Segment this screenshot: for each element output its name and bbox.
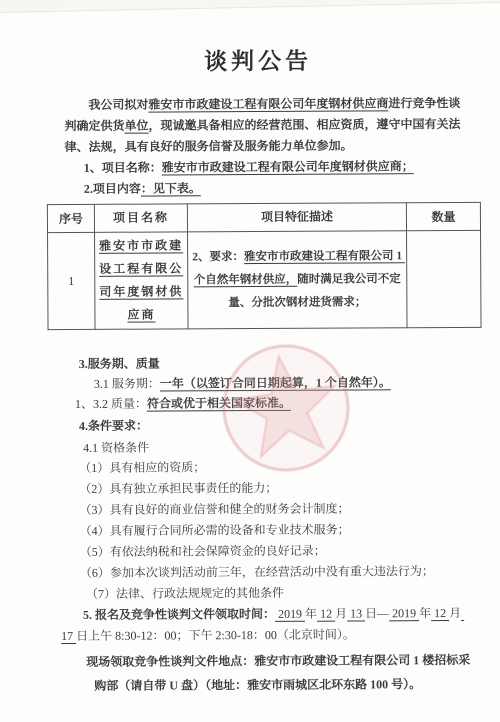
registration-sep-3: 日—	[365, 606, 389, 620]
header-cell-qty: 数量	[406, 202, 480, 230]
registration-month-start: 12	[317, 607, 335, 621]
condition-item-5: （5）有依法纳税和社会保障资金的良好记录；	[80, 540, 473, 562]
registration-sep-4: 年	[419, 606, 431, 620]
condition-item-4: （4）具有履行合同所必需的设备和专业技术服务；	[80, 519, 473, 541]
cell-qty	[407, 230, 482, 327]
pickup-location-paragraph: 现场领取竞争性谈判文件地点：雅安市市政建设工程有限公司 1 楼招标采购部（请自带…	[94, 648, 473, 698]
project-table: 序号 项目名称 项目特征描述 数量 1 雅安市市政建设工程有限公司年度钢材供应商…	[47, 202, 482, 330]
table-header-row: 序号 项目名称 项目特征描述 数量	[47, 202, 480, 232]
project-table-header: 序号 项目名称 项目特征描述 数量	[47, 202, 480, 232]
intro-text-1: 我公司拟对	[88, 98, 148, 112]
service-quality-label: 1、3.2 质量：	[75, 397, 147, 411]
service-term-line: 3.1 服务期：一年（以签订合同日期起算，1 个自然年）。	[94, 372, 472, 394]
service-quality-value: 符合或优于相关国家标准。	[147, 396, 291, 411]
intro-paragraph: 我公司拟对雅安市市政建设工程有限公司年度钢材供应商进行竞争性谈判确定供货单位，现…	[64, 93, 470, 158]
registration-hours: 上午 8:30-12：00；下午 2:30-18：00（北京时间）。	[88, 628, 355, 643]
cell-desc-prefix: 2、要求：	[192, 251, 244, 263]
service-term-label: 3.1 服务期：	[94, 377, 160, 391]
cell-no: 1	[48, 232, 96, 329]
project-name-line: 1、项目名称：雅安市市政建设工程有限公司年度钢材供应商；	[84, 156, 471, 179]
project-name-value: 雅安市市政建设工程有限公司年度钢材供应商；	[162, 159, 414, 174]
registration-year-end: 2019	[389, 606, 419, 620]
cell-name: 雅安市市政建设工程有限公司年度钢材供应商	[95, 232, 189, 329]
registration-year-start: 2019	[275, 607, 305, 621]
project-content-value: ：见下表。	[141, 181, 201, 195]
document-title: 谈判公告	[46, 45, 470, 77]
project-table-body: 1 雅安市市政建设工程有限公司年度钢材供应商 2、要求：雅安市市政建设工程有限公…	[48, 230, 482, 329]
header-cell-desc: 项目特征描述	[187, 203, 406, 232]
condition-item-3: （3）具有良好的商业信誉和健全的财务会计制度；	[79, 498, 472, 520]
registration-month-end: 12	[431, 606, 449, 620]
intro-underlined-unit: 单位	[124, 119, 148, 133]
cell-name-text: 雅安市市政建设工程有限公司年度钢材供应商	[99, 238, 183, 321]
table-row: 1 雅安市市政建设工程有限公司年度钢材供应商 2、要求：雅安市市政建设工程有限公…	[48, 230, 482, 329]
scan-paper-edge	[0, 0, 500, 13]
service-quality-line: 1、3.2 质量：符合或优于相关国家标准。	[75, 392, 472, 414]
project-content-line: 2.项目内容：见下表。	[84, 177, 471, 200]
intro-underlined-project: 雅安市市政建设工程有限公司年度钢材供应商	[148, 96, 388, 111]
service-term-value: 一年（以签订合同日期起算，1 个自然年）。	[160, 375, 391, 390]
registration-sep-1: 年	[305, 607, 317, 621]
registration-sep-2: 月	[335, 607, 347, 621]
registration-label: 5. 报名及竞争性谈判文件领取时间：	[83, 607, 275, 622]
condition-item-2: （2）具有独立承担民事责任的能力；	[79, 477, 472, 499]
condition-item-7: （7）法律、行政法规规定的其他条件	[86, 582, 473, 604]
registration-sep-6: 日	[76, 629, 88, 643]
document-page: 谈判公告 我公司拟对雅安市市政建设工程有限公司年度钢材供应商进行竞争性谈判确定供…	[0, 0, 500, 722]
document-content: 谈判公告 我公司拟对雅安市市政建设工程有限公司年度钢材供应商进行竞争性谈判确定供…	[46, 35, 473, 698]
registration-paragraph: 5. 报名及竞争性谈判文件领取时间： 2019 年 12 月 13 日— 201…	[61, 603, 473, 647]
section3-heading: 3.服务期、质量	[79, 352, 472, 374]
project-content-label: 2.项目内容	[84, 182, 141, 196]
registration-sep-5: 月	[449, 606, 461, 620]
registration-day-start: 13	[347, 606, 365, 620]
project-name-label: 1、项目名称：	[84, 161, 162, 175]
section4-heading: 4.条件要求：	[79, 414, 472, 436]
section4-subheading: 4.1 资格条件	[83, 436, 472, 458]
header-cell-name: 项目名称	[94, 204, 187, 232]
condition-item-6: （6）参加本次谈判活动前三年，在经营活动中没有重大违法行为；	[80, 561, 473, 583]
header-cell-no: 序号	[47, 204, 94, 232]
cell-desc: 2、要求：雅安市市政建设工程有限公司 1 个自然年钢材供应，随时满足我公司不定量…	[188, 231, 408, 329]
condition-item-1: （1）具有相应的资质；	[79, 456, 472, 478]
